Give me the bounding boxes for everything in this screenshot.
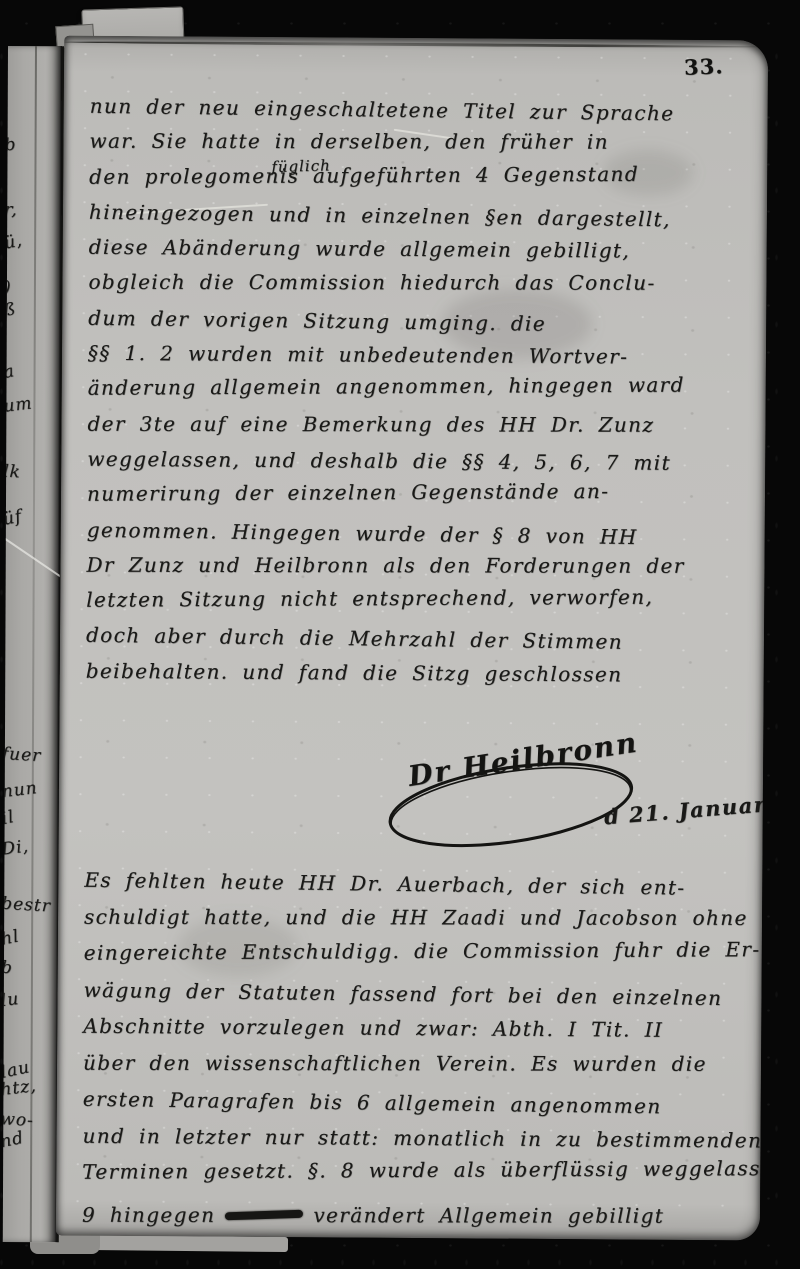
margin-text-fragment: hl (3, 926, 22, 949)
scratch-mark (3, 535, 64, 599)
margin-text-fragment: um (3, 393, 34, 416)
margin-text-fragment: r, (4, 200, 19, 221)
margin-text-fragment: htz, (3, 1076, 38, 1100)
margin-text-fragment: ü, (3, 230, 25, 253)
text-line: 9 hingegen verändert Allgemein gebilligt (82, 1196, 732, 1234)
last-line-prefix: 9 hingegen (82, 1202, 215, 1226)
text-line: über den wissenschaftlichen Verein. Es w… (83, 1050, 733, 1088)
text-line: obgleich die Commission hiedurch das Con… (88, 270, 718, 306)
margin-text-fragment: il (3, 807, 17, 829)
margin-text-fragment: nun (3, 778, 39, 802)
margin-text-fragment: fuer (3, 744, 42, 766)
text-line: letzten Sitzung nicht entsprechend, verw… (86, 585, 716, 624)
margin-text-fragment: b (3, 958, 14, 979)
margin-text-fragment: a (3, 361, 17, 383)
text-line: wägung der Statuten fassend fort bei den… (83, 977, 733, 1022)
text-line: war. Sie hatte in derselben, den früher … (89, 129, 719, 165)
handwritten-entry-2: Es fehlten heute HH Dr. Auerbach, der si… (82, 868, 735, 1238)
text-line: eingereichte Entschuldigg. die Commissio… (84, 937, 734, 977)
last-line-suffix: verändert Allgemein gebilligt (313, 1203, 664, 1228)
margin-text-fragment: ) (3, 278, 12, 298)
margin-text-fragment: lu (3, 989, 21, 1011)
previous-page-edge: b r, ü, ) ß a um lk üf fuer nun il Di, b… (3, 46, 64, 1242)
page-number: 33. (684, 53, 725, 80)
text-line: den prolegomenis aufgeführten 4 Gegensta… (89, 161, 719, 200)
manuscript-page: 33. nun der neu eingeschaltetene Titel z… (56, 36, 768, 1241)
text-line: schuldigt hatte, und die HH Zaadi und Ja… (84, 904, 734, 942)
text-line: der 3te auf eine Bemerkung des HH Dr. Zu… (87, 411, 717, 447)
manuscript-scan: b r, ü, ) ß a um lk üf fuer nun il Di, b… (0, 0, 800, 1269)
margin-text-fragment: b (3, 134, 17, 155)
text-line: änderung allgemein angenommen, hingegen … (88, 373, 718, 412)
margin-text-fragment: Di, (3, 836, 30, 859)
margin-text-fragment: ß (3, 299, 18, 320)
margin-text-fragment: bestr (3, 894, 52, 917)
text-line: Dr Zunz und Heilbronn als den Forderunge… (86, 553, 716, 589)
paper-remnant (88, 1235, 288, 1252)
signature-block: Dr Heilbronn (358, 726, 669, 868)
interlinear-insertion: füglich (271, 156, 331, 176)
text-line: Terminen gesetzt. §. 8 wurde als überflü… (82, 1156, 732, 1196)
margin-text-fragment: nd (3, 1128, 26, 1152)
margin-text-fragment: üf (3, 506, 24, 530)
margin-text-fragment: lk (3, 462, 22, 483)
strikethrough-smear (225, 1209, 303, 1220)
handwritten-entry-1: nun der neu eingeschaltetene Titel zur S… (86, 94, 720, 698)
text-line: numerirung der einzelnen Gegenstände an- (87, 479, 717, 518)
